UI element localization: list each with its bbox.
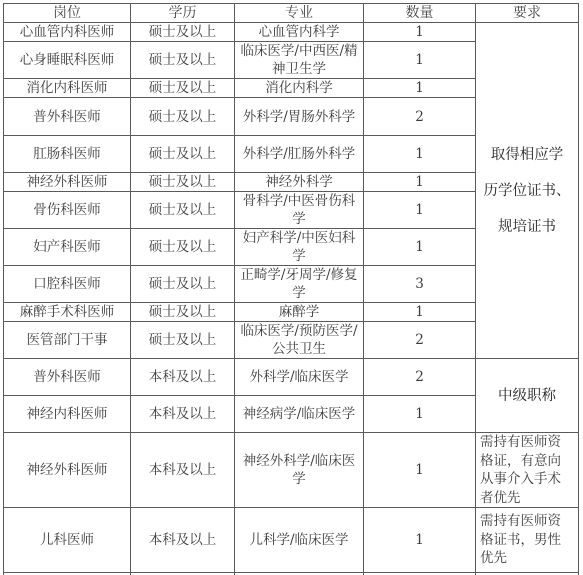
cell-count: 2	[364, 98, 476, 136]
table-row: 普外科医师 本科及以上 外科学/临床医学 2 中级职称	[4, 359, 579, 396]
cell-major: 临床医学/中西医/精神卫生学	[235, 42, 364, 79]
requirement-intermediate-title: 中级职称	[476, 359, 579, 433]
cell-position: 心血管内科医师	[4, 23, 131, 42]
requirement-line: 规培证书	[479, 209, 575, 245]
header-position: 岗位	[4, 4, 131, 23]
cell-education: 本科及以上	[131, 508, 235, 573]
cell-education: 硕士及以上	[131, 266, 235, 303]
cell-count: 2	[364, 359, 476, 396]
header-major: 专业	[235, 4, 364, 23]
cell-major: 麻醉学	[235, 303, 364, 322]
cell-education: 硕士及以上	[131, 98, 235, 136]
cell-education: 硕士及以上	[131, 23, 235, 42]
cell-major: 外科学/肛肠外科学	[235, 136, 364, 173]
cell-count: 1	[364, 136, 476, 173]
cell-count: 1	[364, 173, 476, 192]
cell-position: 口腔科医师	[4, 266, 131, 303]
cell-position: 麻醉手术科医师	[4, 303, 131, 322]
cell-major: 妇产科学/中医妇科学	[235, 229, 364, 266]
cell-position: 神经外科医师	[4, 433, 131, 508]
cell-education: 本科及以上	[131, 396, 235, 433]
requirement-neurosurgery: 需持有医师资格证，有意向从事介入手术者优先	[476, 433, 579, 508]
table-header-row: 岗位 学历 专业 数量 要求	[4, 4, 579, 23]
cell-education: 硕士及以上	[131, 322, 235, 359]
cell-position: 心身睡眠科医师	[4, 42, 131, 79]
cell-count: 1	[364, 79, 476, 98]
table-row: 神经外科医师 本科及以上 神经外科学/临床医学 1 需持有医师资格证，有意向从事…	[4, 433, 579, 508]
cell-major: 神经外科学/临床医学	[235, 433, 364, 508]
cell-count: 1	[364, 229, 476, 266]
header-count: 数量	[364, 4, 476, 23]
cell-major: 消化内科学	[235, 79, 364, 98]
cell-major: 儿科学/临床医学	[235, 508, 364, 573]
cell-major: 临床医学/预防医学/公共卫生	[235, 322, 364, 359]
cell-count: 1	[364, 303, 476, 322]
cell-count: 3	[364, 266, 476, 303]
requirement-line: 取得相应学	[479, 137, 575, 173]
cell-position: 骨伤科医师	[4, 192, 131, 229]
cell-position: 儿科医师	[4, 508, 131, 573]
cell-position: 妇产科医师	[4, 229, 131, 266]
cell-position: 神经外科医师	[4, 173, 131, 192]
cell-position: 医管部门干事	[4, 322, 131, 359]
cell-count: 1	[364, 42, 476, 79]
cell-education: 硕士及以上	[131, 229, 235, 266]
requirement-degree-certificate: 取得相应学 历学位证书、 规培证书	[476, 23, 579, 359]
cell-education: 硕士及以上	[131, 136, 235, 173]
header-requirements: 要求	[476, 4, 579, 23]
cell-education: 硕士及以上	[131, 192, 235, 229]
cell-major: 神经病学/临床医学	[235, 396, 364, 433]
cell-education: 硕士及以上	[131, 173, 235, 192]
cell-position: 肛肠科医师	[4, 136, 131, 173]
recruitment-table: 岗位 学历 专业 数量 要求 心血管内科医师 硕士及以上 心血管内科学 1 取得…	[3, 3, 579, 575]
cell-major: 正畸学/牙周学/修复学	[235, 266, 364, 303]
table-row: 心血管内科医师 硕士及以上 心血管内科学 1 取得相应学 历学位证书、 规培证书	[4, 23, 579, 42]
cell-count: 2	[364, 322, 476, 359]
cell-count: 1	[364, 396, 476, 433]
header-education: 学历	[131, 4, 235, 23]
cell-position: 消化内科医师	[4, 79, 131, 98]
cell-major: 神经外科学	[235, 173, 364, 192]
cell-education: 硕士及以上	[131, 303, 235, 322]
requirement-line: 历学位证书、	[479, 173, 575, 209]
cell-position: 普外科医师	[4, 359, 131, 396]
cell-count: 1	[364, 433, 476, 508]
cell-position: 神经内科医师	[4, 396, 131, 433]
requirement-pediatrics: 需持有医师资格证书，男性优先	[476, 508, 579, 573]
table-row: 儿科医师 本科及以上 儿科学/临床医学 1 需持有医师资格证书，男性优先	[4, 508, 579, 573]
cell-count: 1	[364, 192, 476, 229]
cell-education: 本科及以上	[131, 359, 235, 396]
cell-major: 外科学/临床医学	[235, 359, 364, 396]
cell-count: 1	[364, 508, 476, 573]
cell-position: 普外科医师	[4, 98, 131, 136]
cell-major: 外科学/胃肠外科学	[235, 98, 364, 136]
cell-education: 硕士及以上	[131, 79, 235, 98]
cell-major: 骨科学/中医骨伤科学	[235, 192, 364, 229]
cell-education: 本科及以上	[131, 433, 235, 508]
cell-major: 心血管内科学	[235, 23, 364, 42]
cell-count: 1	[364, 23, 476, 42]
cell-education: 硕士及以上	[131, 42, 235, 79]
